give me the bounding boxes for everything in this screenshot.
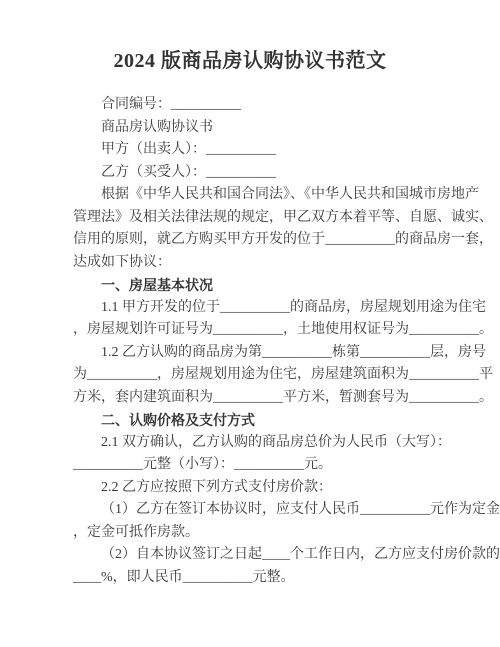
document-line: 乙方（买受人）：__________ xyxy=(73,162,432,185)
document-line: 1.2 乙方认购的商品房为第__________栋第__________层，房号 xyxy=(73,342,432,365)
document-line: 方米，套内建筑面积为__________平方米，暂测套号为__________。 xyxy=(73,387,432,410)
document-line: 为__________，房屋规划用途为住宅，房屋建筑面积为__________平 xyxy=(73,364,432,387)
document-line: 甲方（出卖人）：__________ xyxy=(73,139,432,162)
document-line: 2.1 双方确认，乙方认购的商品房总价为人民币（大写）： xyxy=(73,432,432,455)
document-line: ，定金可抵作房款。 xyxy=(73,522,432,545)
document-line: 1.1 甲方开发的位于__________的商品房，房屋规划用途为住宅 xyxy=(73,297,432,320)
document-body: 合同编号：__________商品房认购协议书甲方（出卖人）：_________… xyxy=(0,94,500,589)
document-line: ____%，即人民币__________元整。 xyxy=(73,567,432,590)
document-line: 达成如下协议： xyxy=(73,252,432,275)
document-line: 合同编号：__________ xyxy=(73,94,432,117)
document-title: 2024 版商品房认购协议书范文 xyxy=(0,0,500,75)
document-line: __________元整（小写）：__________元。 xyxy=(73,454,432,477)
document-line: 管理法》及相关法律法规的规定，甲乙双方本着平等、自愿、诚实、 xyxy=(73,207,432,230)
document-line: 信用的原则，就乙方购买甲方开发的位于__________的商品房一套， xyxy=(73,229,432,252)
document-page: 2024 版商品房认购协议书范文 合同编号：__________商品房认购协议书… xyxy=(0,0,500,647)
document-line: 2.2 乙方应按照下列方式支付房价款： xyxy=(73,477,432,500)
document-line: （2）自本协议签订之日起____个工作日内，乙方应支付房价款的 xyxy=(73,544,432,567)
document-line: （1）乙方在签订本协议时，应支付人民币__________元作为定金 xyxy=(73,499,432,522)
section-heading: 一、房屋基本状况 xyxy=(73,274,432,297)
document-line: 商品房认购协议书 xyxy=(73,117,432,140)
document-line: 根据《中华人民共和国合同法》、《中华人民共和国城市房地产 xyxy=(73,184,432,207)
document-line: ，房屋规划许可证号为__________，土地使用权证号为__________。 xyxy=(73,319,432,342)
section-heading: 二、认购价格及支付方式 xyxy=(73,409,432,432)
